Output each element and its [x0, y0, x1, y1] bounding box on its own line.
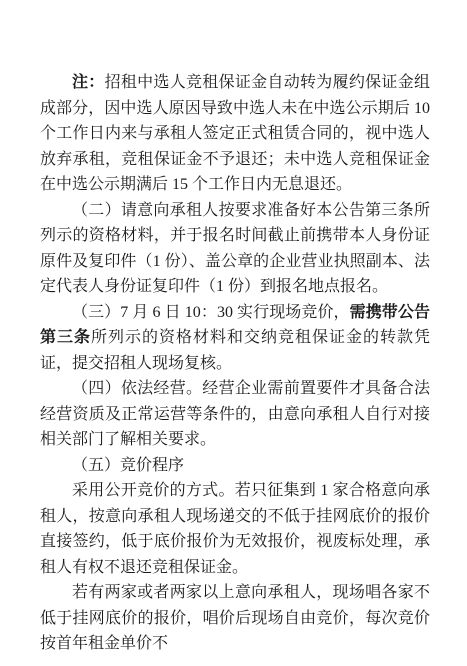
document-text-block: 注：招租中选人竞租保证金自动转为履约保证金组成部分，因中选人原因导致中选人未在中…	[40, 70, 430, 657]
text-run: （五）竞价程序	[72, 457, 184, 474]
paragraph-6: 采用公开竞价的方式。若只征集到 1 家合格意向承租人，按意向承租人现场递交的不低…	[40, 478, 430, 580]
document-page: 注：招租中选人竞租保证金自动转为履约保证金组成部分，因中选人原因导致中选人未在中…	[0, 0, 467, 666]
bold-text-run: 注：	[72, 74, 105, 91]
paragraph-7: 若有两家或者两家以上意向承租人，现场唱各家不低于挂网底价的报价，唱价后现场自由竞…	[40, 580, 430, 657]
text-run: （三）7 月 6 日 10：30 实行现场竞价，	[72, 304, 350, 321]
text-run: （四）依法经营。经营企业需前置要件才具备合法经营资质及正常运营等条件的，由意向承…	[40, 380, 430, 448]
text-run: 若有两家或者两家以上意向承租人，现场唱各家不低于挂网底价的报价，唱价后现场自由竞…	[40, 584, 430, 652]
paragraph-2: （二）请意向承租人按要求准备好本公告第三条所列示的资格材料，并于报名时间截止前携…	[40, 198, 430, 300]
paragraph-1: 注：招租中选人竞租保证金自动转为履约保证金组成部分，因中选人原因导致中选人未在中…	[40, 70, 430, 198]
text-run: 采用公开竞价的方式。若只征集到 1 家合格意向承租人，按意向承租人现场递交的不低…	[40, 482, 430, 576]
paragraph-5: （五）竞价程序	[40, 453, 430, 479]
text-run: （二）请意向承租人按要求准备好本公告第三条所列示的资格材料，并于报名时间截止前携…	[40, 202, 430, 296]
text-run: 所列示的资格材料和交纳竞租保证金的转款凭证，提交招租人现场复核。	[40, 329, 430, 372]
paragraph-4: （四）依法经营。经营企业需前置要件才具备合法经营资质及正常运营等条件的，由意向承…	[40, 376, 430, 453]
text-run: 招租中选人竞租保证金自动转为履约保证金组成部分，因中选人原因导致中选人未在中选公…	[40, 74, 430, 193]
paragraph-3: （三）7 月 6 日 10：30 实行现场竞价，需携带公告第三条所列示的资格材料…	[40, 300, 430, 377]
